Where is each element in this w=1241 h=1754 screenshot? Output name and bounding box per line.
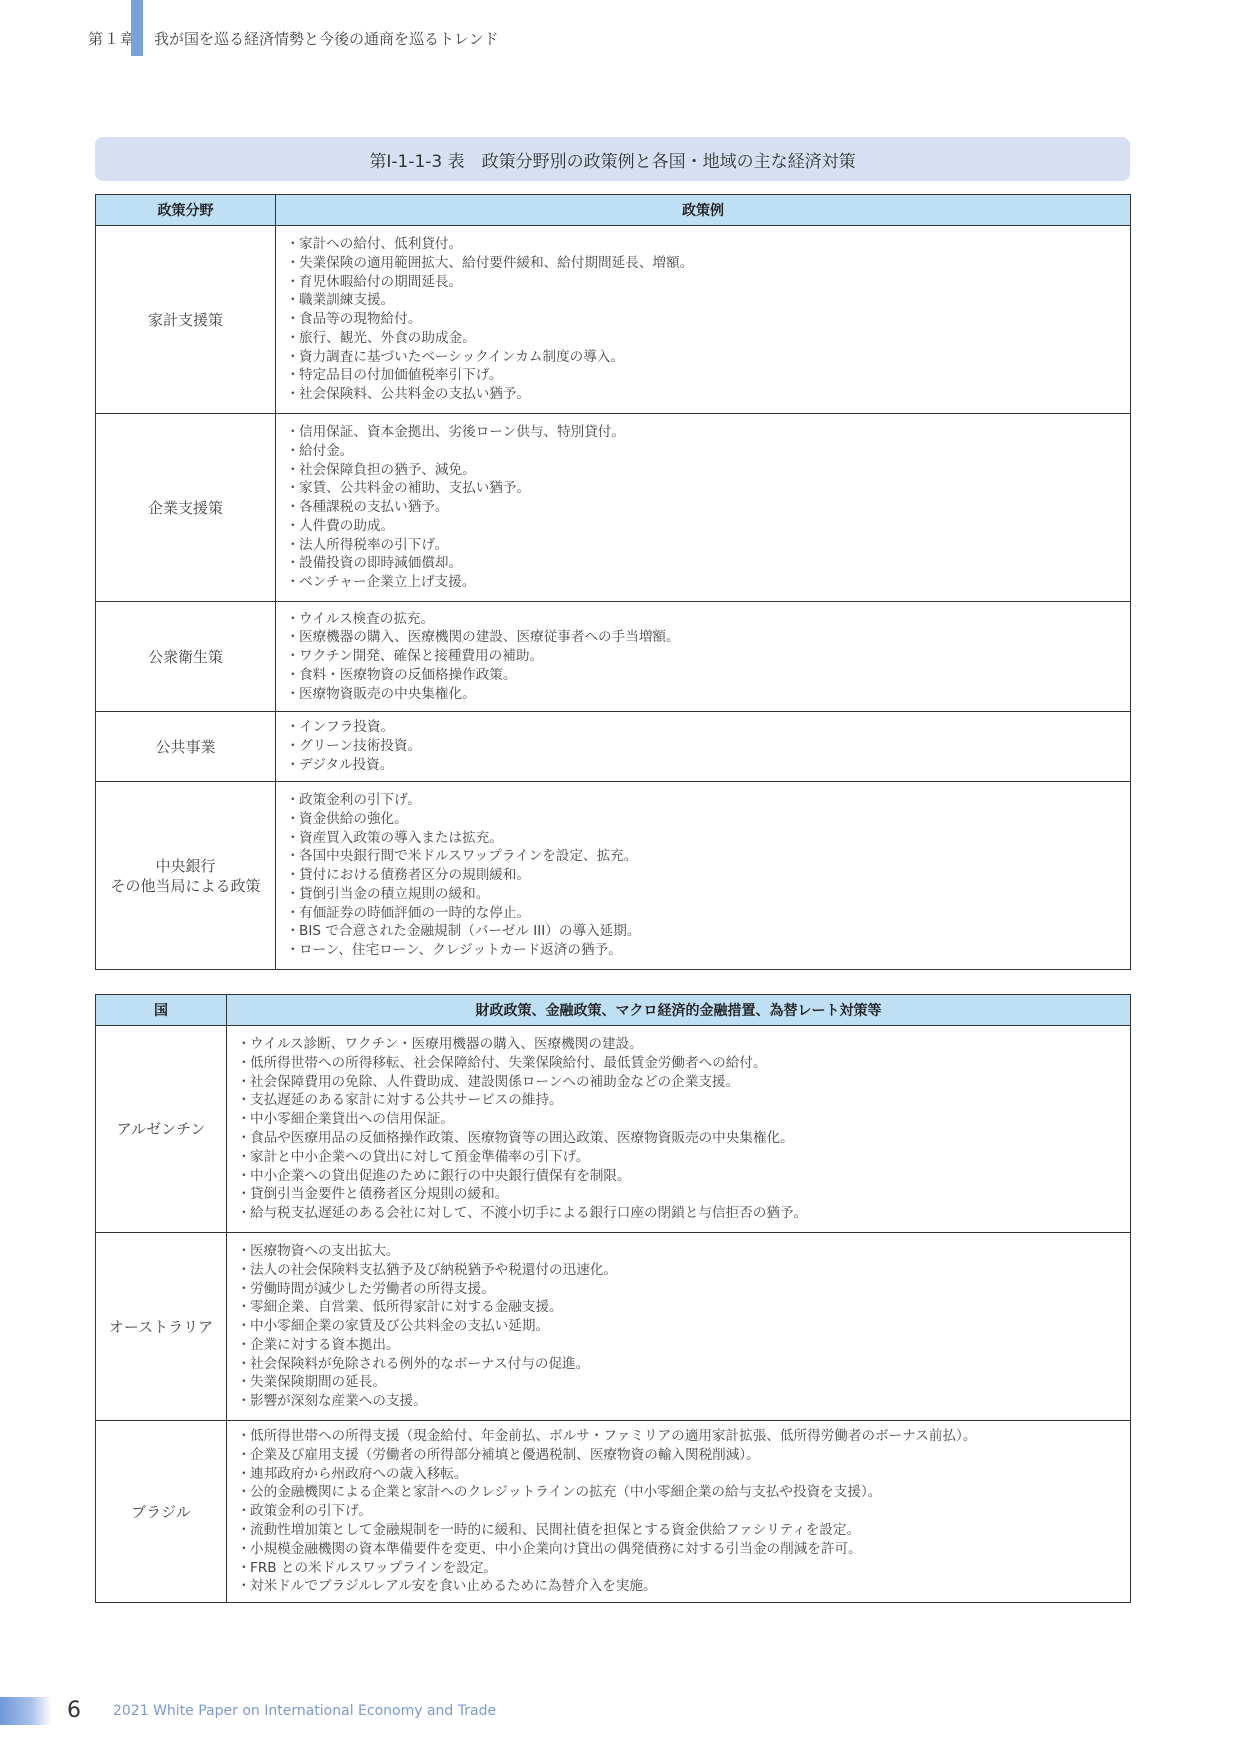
column-header-country: 国 xyxy=(96,995,227,1026)
list-item: 流動性増加策として金融規制を一時的に緩和、民間社債を担保とする資金供給ファシリテ… xyxy=(239,1521,1120,1540)
table-row-australia: オーストラリア 医療物資への支出拡大。 法人の社会保険料支払猶予及び納税猶予や税… xyxy=(96,1233,1131,1421)
list-item: 失業保険の適用範囲拡大、給付要件緩和、給付期間延長、増額。 xyxy=(288,254,1120,273)
measure-list: ウイルス診断、ワクチン・医療用機器の購入、医療機関の建設。 低所得世帯への所得移… xyxy=(239,1035,1120,1223)
chapter-title: 我が国を巡る経済情勢と今後の通商を巡るトレンド xyxy=(154,28,499,49)
list-item: 食料・医療物資の反価格操作政策。 xyxy=(288,666,1120,685)
policy-examples-cell: 信用保証、資本金拠出、劣後ローン供与、特別貸付。 給付金。 社会保障負担の猶予、… xyxy=(276,414,1131,602)
list-item: 貸倒引当金要件と債務者区分規則の緩和。 xyxy=(239,1185,1120,1204)
list-item: 中小零細企業貸出への信用保証。 xyxy=(239,1110,1120,1129)
policy-area-table: 政策分野 政策例 家計支援策 家計への給付、低利貸付。 失業保険の適用範囲拡大、… xyxy=(95,194,1131,970)
policy-area-label: 中央銀行 その他当局による政策 xyxy=(96,782,276,970)
policy-example-list: 家計への給付、低利貸付。 失業保険の適用範囲拡大、給付要件緩和、給付期間延長、増… xyxy=(288,235,1120,404)
policy-examples-cell: 家計への給付、低利貸付。 失業保険の適用範囲拡大、給付要件緩和、給付期間延長、増… xyxy=(276,226,1131,414)
list-item: 各種課税の支払い猶予。 xyxy=(288,498,1120,517)
policy-example-list: インフラ投資。 グリーン技術投資。 デジタル投資。 xyxy=(288,718,1120,774)
list-item: BIS で合意された金融規制（バーゼル III）の導入延期。 xyxy=(288,922,1120,941)
list-item: 信用保証、資本金拠出、劣後ローン供与、特別貸付。 xyxy=(288,423,1120,442)
list-item: 食品や医療用品の反価格操作政策、医療物資等の囲込政策、医療物資販売の中央集権化。 xyxy=(239,1129,1120,1148)
list-item: 医療物資への支出拡大。 xyxy=(239,1242,1120,1261)
policy-area-label-line2: その他当局による政策 xyxy=(96,876,275,896)
list-item: ウイルス診断、ワクチン・医療用機器の購入、医療機関の建設。 xyxy=(239,1035,1120,1054)
list-item: 中小企業への貸出促進のために銀行の中央銀行債保有を制限。 xyxy=(239,1167,1120,1186)
table-row-central-bank: 中央銀行 その他当局による政策 政策金利の引下げ。 資金供給の強化。 資産買入政… xyxy=(96,782,1131,970)
list-item: 医療物資販売の中央集権化。 xyxy=(288,685,1120,704)
list-item: 対米ドルでブラジルレアル安を食い止めるために為替介入を実施。 xyxy=(239,1577,1120,1596)
list-item: 各国中央銀行間で米ドルスワップラインを設定、拡充。 xyxy=(288,847,1120,866)
list-item: 企業に対する資本拠出。 xyxy=(239,1336,1120,1355)
list-item: インフラ投資。 xyxy=(288,718,1120,737)
list-item: 社会保障負担の猶予、減免。 xyxy=(288,461,1120,480)
list-item: 設備投資の即時減価償却。 xyxy=(288,554,1120,573)
list-item: 連邦政府から州政府への歳入移転。 xyxy=(239,1465,1120,1484)
list-item: 低所得世帯への所得移転、社会保障給付、失業保険給付、最低賃金労働者への給付。 xyxy=(239,1054,1120,1073)
column-header-measures: 財政政策、金融政策、マクロ経済的金融措置、為替レート対策等 xyxy=(227,995,1131,1026)
measures-cell: ウイルス診断、ワクチン・医療用機器の購入、医療機関の建設。 低所得世帯への所得移… xyxy=(227,1026,1131,1233)
country-label: オーストラリア xyxy=(96,1233,227,1421)
country-measures-table: 国 財政政策、金融政策、マクロ経済的金融措置、為替レート対策等 アルゼンチン ウ… xyxy=(95,994,1131,1603)
list-item: 零細企業、自営業、低所得家計に対する金融支援。 xyxy=(239,1298,1120,1317)
policy-area-label: 公衆衛生策 xyxy=(96,602,276,712)
table-row-public-works: 公共事業 インフラ投資。 グリーン技術投資。 デジタル投資。 xyxy=(96,712,1131,782)
chapter-accent-bar xyxy=(131,0,143,56)
policy-area-label: 企業支援策 xyxy=(96,414,276,602)
policy-example-list: 信用保証、資本金拠出、劣後ローン供与、特別貸付。 給付金。 社会保障負担の猶予、… xyxy=(288,423,1120,592)
column-header-policy-area: 政策分野 xyxy=(96,195,276,226)
list-item: 社会保障費用の免除、人件費助成、建設関係ローンへの補助金などの企業支援。 xyxy=(239,1073,1120,1092)
list-item: 失業保険期間の延長。 xyxy=(239,1373,1120,1392)
footer-accent-bar xyxy=(0,1697,52,1725)
list-item: 政策金利の引下げ。 xyxy=(288,791,1120,810)
list-item: 資力調査に基づいたベーシックインカム制度の導入。 xyxy=(288,348,1120,367)
list-item: 小規模金融機関の資本準備要件を変更、中小企業向け貸出の偶発債務に対する引当金の削… xyxy=(239,1540,1120,1559)
list-item: 旅行、観光、外食の助成金。 xyxy=(288,329,1120,348)
list-item: FRB との米ドルスワップラインを設定。 xyxy=(239,1559,1120,1578)
measures-cell: 医療物資への支出拡大。 法人の社会保険料支払猶予及び納税猶予や税還付の迅速化。 … xyxy=(227,1233,1131,1421)
measure-list: 医療物資への支出拡大。 法人の社会保険料支払猶予及び納税猶予や税還付の迅速化。 … xyxy=(239,1242,1120,1411)
table-header-row: 国 財政政策、金融政策、マクロ経済的金融措置、為替レート対策等 xyxy=(96,995,1131,1026)
list-item: 給付金。 xyxy=(288,442,1120,461)
list-item: 給与税支払遅延のある会社に対して、不渡小切手による銀行口座の閉鎖と与信拒否の猶予… xyxy=(239,1204,1120,1223)
column-header-policy-examples: 政策例 xyxy=(276,195,1131,226)
list-item: 貸倒引当金の積立規則の緩和。 xyxy=(288,885,1120,904)
list-item: ローン、住宅ローン、クレジットカード返済の猶予。 xyxy=(288,941,1120,960)
list-item: グリーン技術投資。 xyxy=(288,737,1120,756)
measure-list: 低所得世帯への所得支援（現金給付、年金前払、ボルサ・ファミリアの適用家計拡張、低… xyxy=(239,1427,1120,1596)
policy-area-label-line1: 中央銀行 xyxy=(96,856,275,876)
table-row-business: 企業支援策 信用保証、資本金拠出、劣後ローン供与、特別貸付。 給付金。 社会保障… xyxy=(96,414,1131,602)
policy-examples-cell: ウイルス検査の拡充。 医療機器の購入、医療機関の建設、医療従事者への手当増額。 … xyxy=(276,602,1131,712)
list-item: 公的金融機関による企業と家計へのクレジットラインの拡充（中小零細企業の給与支払や… xyxy=(239,1483,1120,1502)
table-row-argentina: アルゼンチン ウイルス診断、ワクチン・医療用機器の購入、医療機関の建設。 低所得… xyxy=(96,1026,1131,1233)
list-item: 家賃、公共料金の補助、支払い猶予。 xyxy=(288,479,1120,498)
publication-title: 2021 White Paper on International Econom… xyxy=(113,1697,496,1725)
table-title-banner: 第Ⅰ-1-1-3 表 政策分野別の政策例と各国・地域の主な経済対策 xyxy=(95,137,1130,181)
list-item: 貸付における債務者区分の規則緩和。 xyxy=(288,866,1120,885)
policy-examples-cell: インフラ投資。 グリーン技術投資。 デジタル投資。 xyxy=(276,712,1131,782)
list-item: 社会保険料、公共料金の支払い猶予。 xyxy=(288,385,1120,404)
list-item: 社会保険料が免除される例外的なボーナス付与の促進。 xyxy=(239,1355,1120,1374)
list-item: 政策金利の引下げ。 xyxy=(239,1502,1120,1521)
measures-cell: 低所得世帯への所得支援（現金給付、年金前払、ボルサ・ファミリアの適用家計拡張、低… xyxy=(227,1421,1131,1603)
list-item: デジタル投資。 xyxy=(288,756,1120,775)
policy-area-label: 家計支援策 xyxy=(96,226,276,414)
list-item: 法人の社会保険料支払猶予及び納税猶予や税還付の迅速化。 xyxy=(239,1261,1120,1280)
policy-examples-cell: 政策金利の引下げ。 資金供給の強化。 資産買入政策の導入または拡充。 各国中央銀… xyxy=(276,782,1131,970)
list-item: 有価証券の時価評価の一時的な停止。 xyxy=(288,904,1120,923)
list-item: 特定品目の付加価値税率引下げ。 xyxy=(288,366,1120,385)
list-item: 中小零細企業の家賃及び公共料金の支払い延期。 xyxy=(239,1317,1120,1336)
table-header-row: 政策分野 政策例 xyxy=(96,195,1131,226)
list-item: 職業訓練支援。 xyxy=(288,291,1120,310)
list-item: 医療機器の購入、医療機関の建設、医療従事者への手当増額。 xyxy=(288,628,1120,647)
list-item: 資産買入政策の導入または拡充。 xyxy=(288,829,1120,848)
list-item: ウイルス検査の拡充。 xyxy=(288,610,1120,629)
list-item: ベンチャー企業立上げ支援。 xyxy=(288,573,1120,592)
chapter-label: 第１章 xyxy=(88,28,136,49)
policy-example-list: 政策金利の引下げ。 資金供給の強化。 資産買入政策の導入または拡充。 各国中央銀… xyxy=(288,791,1120,960)
list-item: 支払遅延のある家計に対する公共サービスの維持。 xyxy=(239,1091,1120,1110)
list-item: 人件費の助成。 xyxy=(288,517,1120,536)
page-number: 6 xyxy=(67,1697,81,1725)
table-row-brazil: ブラジル 低所得世帯への所得支援（現金給付、年金前払、ボルサ・ファミリアの適用家… xyxy=(96,1421,1131,1603)
list-item: 企業及び雇用支援（労働者の所得部分補填と優遇税制、医療物資の輸入関税削減）。 xyxy=(239,1446,1120,1465)
list-item: 低所得世帯への所得支援（現金給付、年金前払、ボルサ・ファミリアの適用家計拡張、低… xyxy=(239,1427,1120,1446)
list-item: 影響が深刻な産業への支援。 xyxy=(239,1392,1120,1411)
list-item: 資金供給の強化。 xyxy=(288,810,1120,829)
country-label: ブラジル xyxy=(96,1421,227,1603)
list-item: ワクチン開発、確保と接種費用の補助。 xyxy=(288,647,1120,666)
list-item: 法人所得税率の引下げ。 xyxy=(288,536,1120,555)
list-item: 育児休暇給付の期間延長。 xyxy=(288,273,1120,292)
list-item: 食品等の現物給付。 xyxy=(288,310,1120,329)
list-item: 家計への給付、低利貸付。 xyxy=(288,235,1120,254)
policy-example-list: ウイルス検査の拡充。 医療機器の購入、医療機関の建設、医療従事者への手当増額。 … xyxy=(288,610,1120,704)
table-title: 第Ⅰ-1-1-3 表 政策分野別の政策例と各国・地域の主な経済対策 xyxy=(369,147,855,172)
table-row-household: 家計支援策 家計への給付、低利貸付。 失業保険の適用範囲拡大、給付要件緩和、給付… xyxy=(96,226,1131,414)
list-item: 家計と中小企業への貸出に対して預金準備率の引下げ。 xyxy=(239,1148,1120,1167)
list-item: 労働時間が減少した労働者の所得支援。 xyxy=(239,1280,1120,1299)
country-label: アルゼンチン xyxy=(96,1026,227,1233)
table-row-public-health: 公衆衛生策 ウイルス検査の拡充。 医療機器の購入、医療機関の建設、医療従事者への… xyxy=(96,602,1131,712)
policy-area-label: 公共事業 xyxy=(96,712,276,782)
